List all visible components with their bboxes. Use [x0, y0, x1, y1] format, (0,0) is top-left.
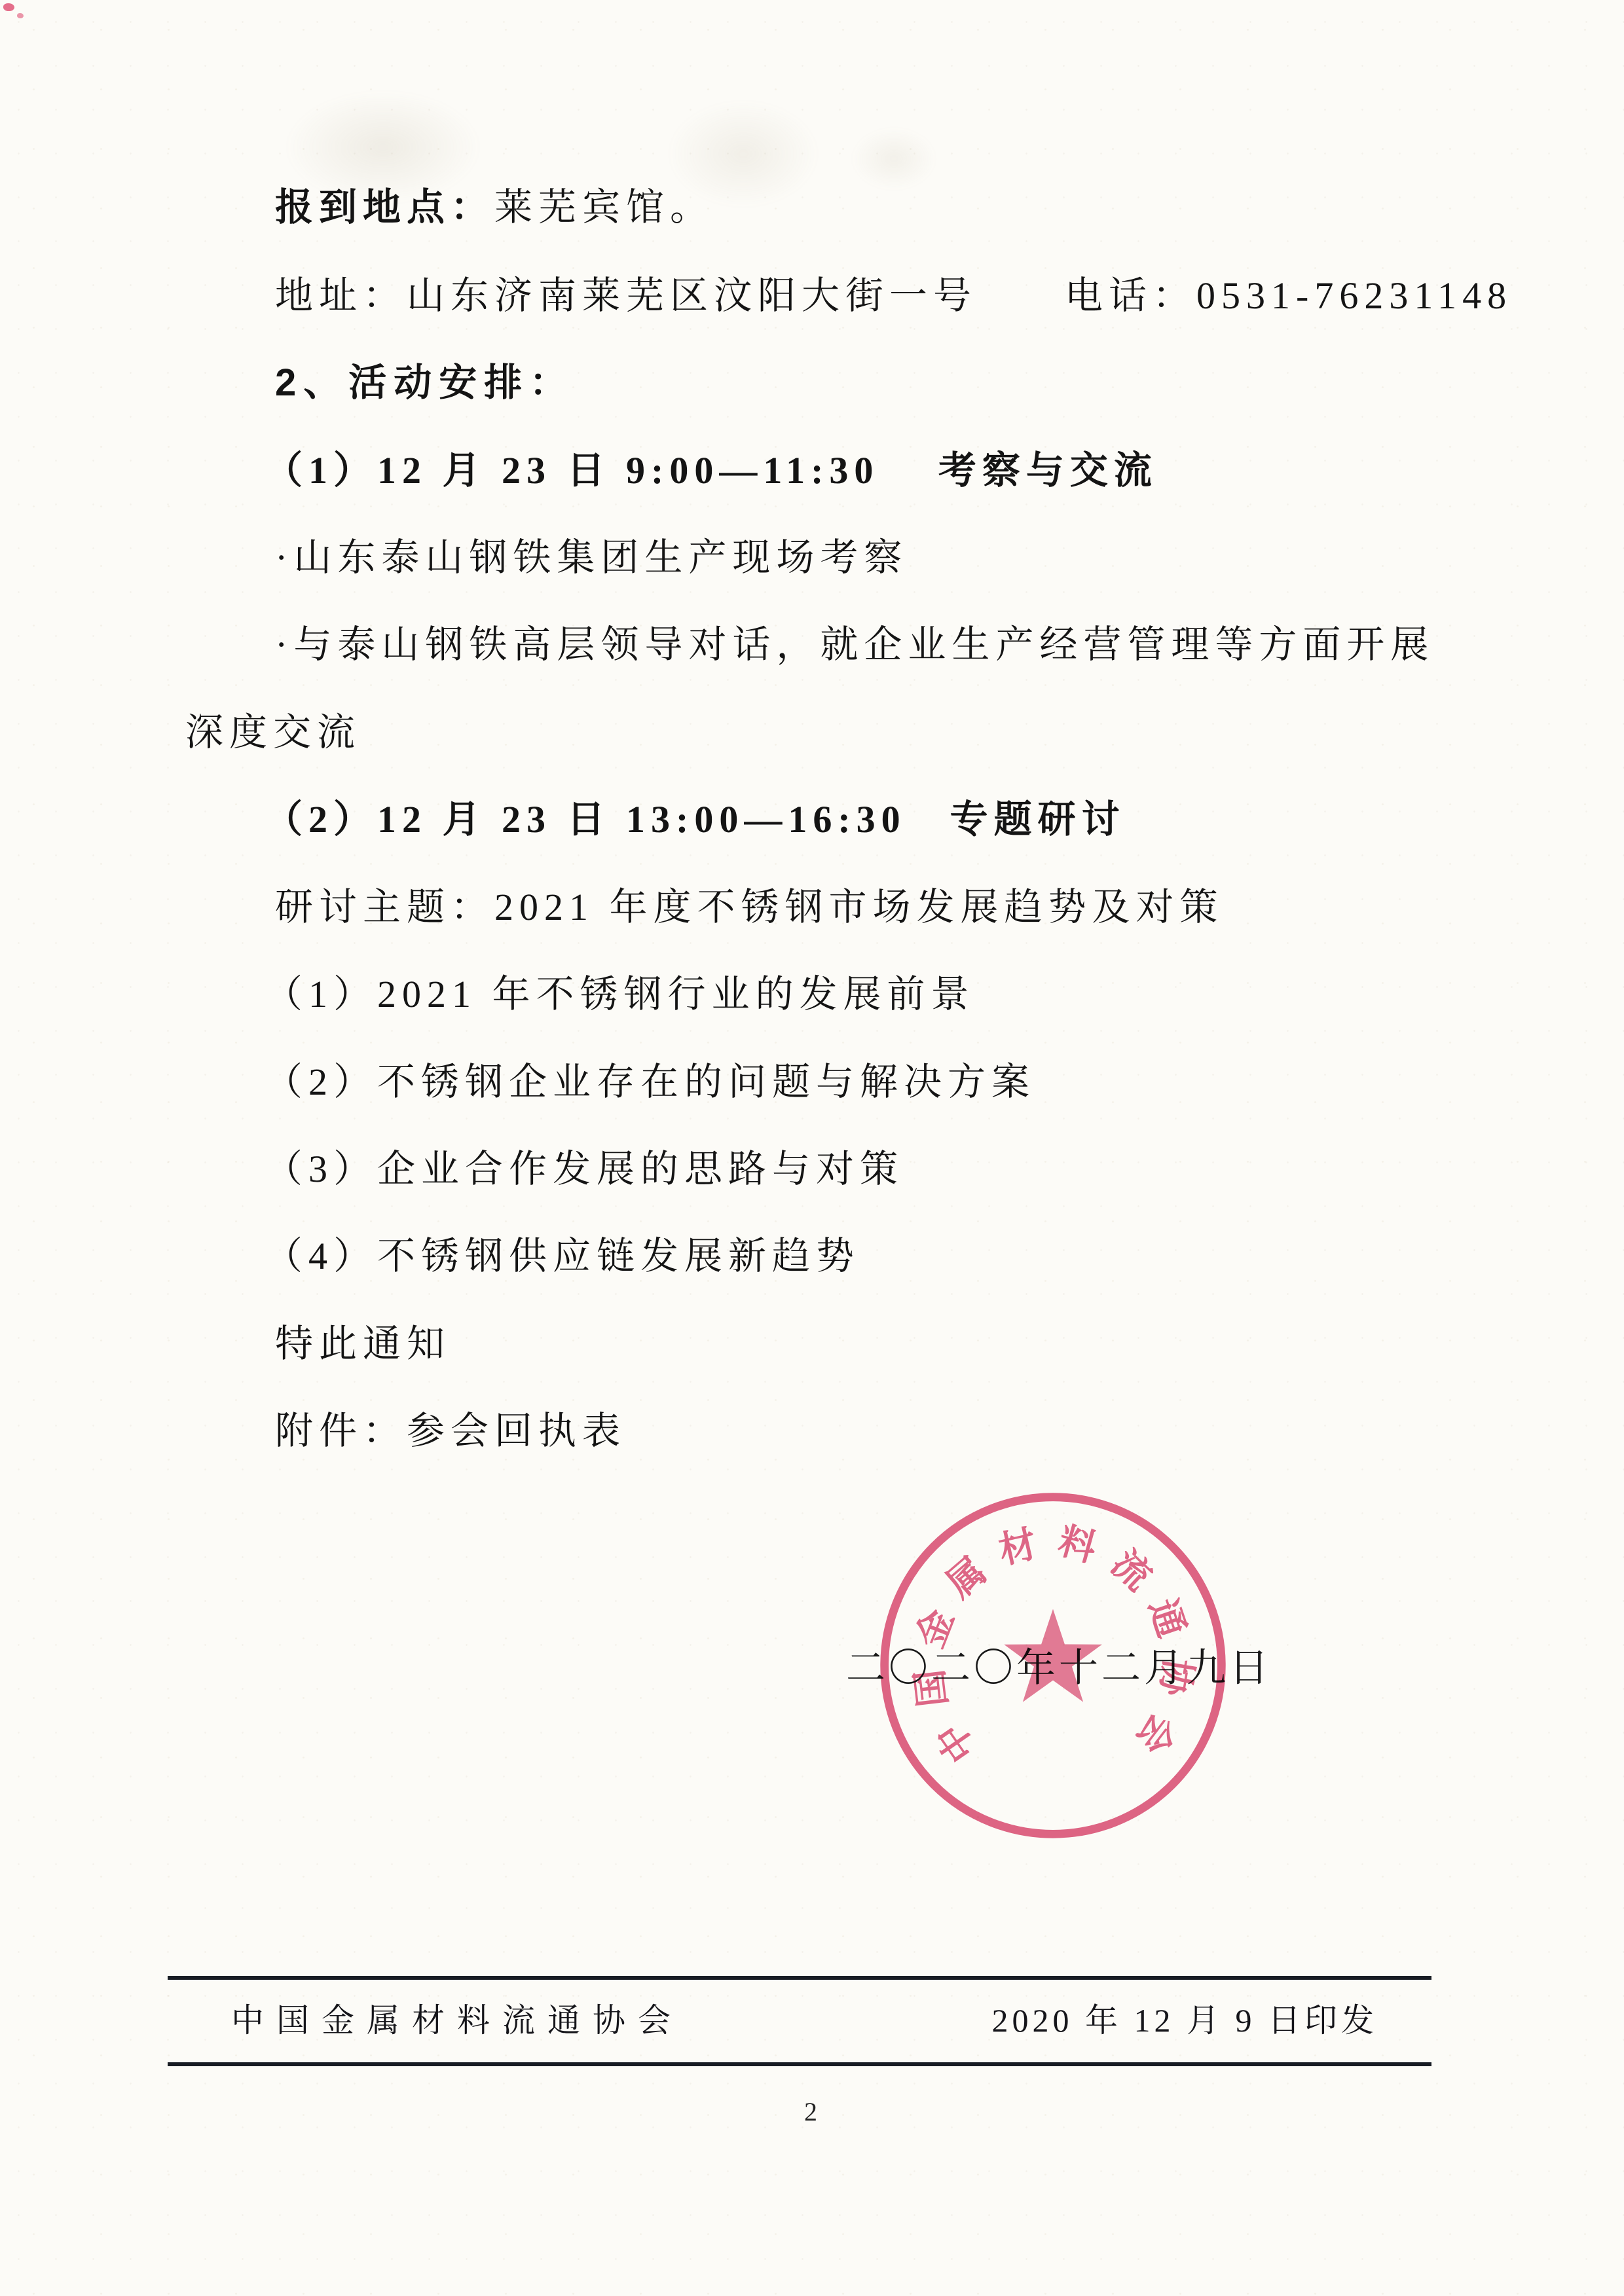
bullet-2: ·与泰山钢铁高层领导对话，就企业生产经营管理等方面开展: [275, 622, 1434, 668]
seminar-topic-line: 研讨主题：2021 年度不锈钢市场发展趋势及对策: [275, 884, 1224, 930]
report-location-label: 报到地点：: [275, 186, 494, 228]
footer-org: 中国金属材料流通协会: [231, 1994, 683, 2041]
scan-red-speck: [17, 13, 24, 18]
document-page: 报到地点：莱芜宾馆。 地址：山东济南莱芜区汶阳大街一号 电话：0531-7623…: [0, 0, 1624, 2296]
official-stamp: 中国金属材料流通协会: [873, 1485, 1233, 1846]
topic-1: （1）2021 年不锈钢行业的发展前景: [265, 972, 975, 1017]
item-1-heading: （1）12 月 23 日 9:00—11:30 考察与交流: [265, 448, 1158, 494]
attachment-line: 附件：参会回执表: [275, 1408, 626, 1454]
item-2-heading: （2）12 月 23 日 13:00—16:30 专题研讨: [265, 797, 1126, 843]
stamp-star-icon: [1004, 1609, 1101, 1702]
bullet-2-continuation: 深度交流: [185, 710, 361, 756]
address-line: 地址：山东济南莱芜区汶阳大街一号 电话：0531-76231148: [275, 273, 1512, 319]
footer-bottom-rule: [168, 2062, 1431, 2066]
topic-4: （4）不锈钢供应链发展新趋势: [265, 1233, 860, 1279]
report-location-line: 报到地点：莱芜宾馆。: [275, 185, 714, 230]
closing-line: 特此通知: [275, 1321, 451, 1367]
footer-top-rule: [168, 1976, 1431, 1980]
section-2-heading: 2、活动安排：: [275, 360, 574, 406]
topic-2: （2）不锈钢企业存在的问题与解决方案: [265, 1059, 1035, 1105]
page-number: 2: [804, 2096, 817, 2127]
scan-red-speck: [3, 3, 14, 11]
footer-issue-date: 2020 年 12 月 9 日印发: [992, 1994, 1378, 2041]
report-location-value: 莱芜宾馆。: [494, 186, 714, 228]
topic-3: （3）企业合作发展的思路与对策: [265, 1146, 904, 1192]
scan-bleedthrough-smudge: [851, 128, 936, 190]
bullet-1: ·山东泰山钢铁集团生产现场考察: [275, 535, 908, 581]
